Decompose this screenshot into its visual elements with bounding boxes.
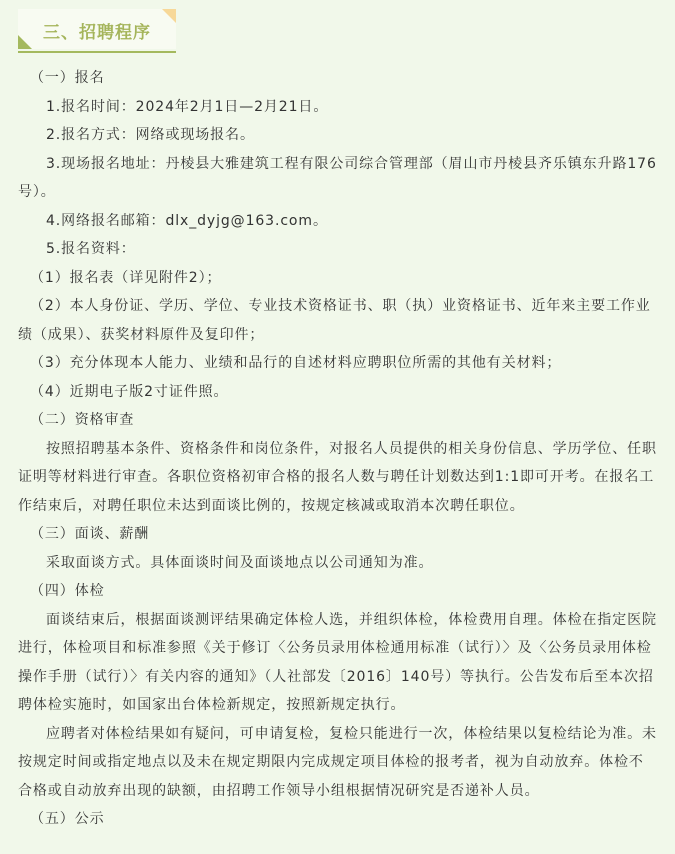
list-subitem: （3）充分体现本人能力、业绩和品行的自述材料应聘职位所需的其他有关材料； [18,349,658,378]
list-subitem: （2）本人身份证、学历、学位、专业技术资格证书、职（执）业资格证书、近年来主要工… [18,292,658,349]
corner-triangle-decoration [162,9,176,23]
subheading-publicity: （五）公示 [18,805,658,834]
list-item: 1.报名时间：2024年2月1日—2月21日。 [18,93,658,122]
corner-triangle-decoration [18,35,32,49]
list-item: 5.报名资料： [18,235,658,264]
body-paragraph: 按照招聘基本条件、资格条件和岗位条件，对报名人员提供的相关身份信息、学历学位、任… [18,435,658,521]
subheading-medical-exam: （四）体检 [18,577,658,606]
section-heading-box: 三、招聘程序 [18,9,176,49]
section-heading: 三、招聘程序 [18,9,176,53]
article-body: （一）报名 1.报名时间：2024年2月1日—2月21日。 2.报名方式：网络或… [18,64,658,834]
list-item: 4.网络报名邮箱：dlx_dyjg@163.com。 [18,207,658,236]
list-subitem: （4）近期电子版2寸证件照。 [18,378,658,407]
section-title: 三、招聘程序 [43,18,151,43]
list-subitem: （1）报名表（详见附件2）； [18,264,658,293]
body-paragraph: 采取面谈方式。具体面谈时间及面谈地点以公司通知为准。 [18,549,658,578]
heading-underline [18,51,176,53]
subheading-qualification-review: （二）资格审查 [18,406,658,435]
body-paragraph: 应聘者对体检结果如有疑问，可申请复检，复检只能进行一次，体检结果以复检结论为准。… [18,720,658,806]
subheading-interview-salary: （三）面谈、薪酬 [18,520,658,549]
list-item: 3.现场报名地址：丹棱县大雅建筑工程有限公司综合管理部（眉山市丹棱县齐乐镇东升路… [18,150,658,207]
list-item: 2.报名方式：网络或现场报名。 [18,121,658,150]
subheading-registration: （一）报名 [18,64,658,93]
body-paragraph: 面谈结束后，根据面谈测评结果确定体检人选，并组织体检，体检费用自理。体检在指定医… [18,606,658,720]
